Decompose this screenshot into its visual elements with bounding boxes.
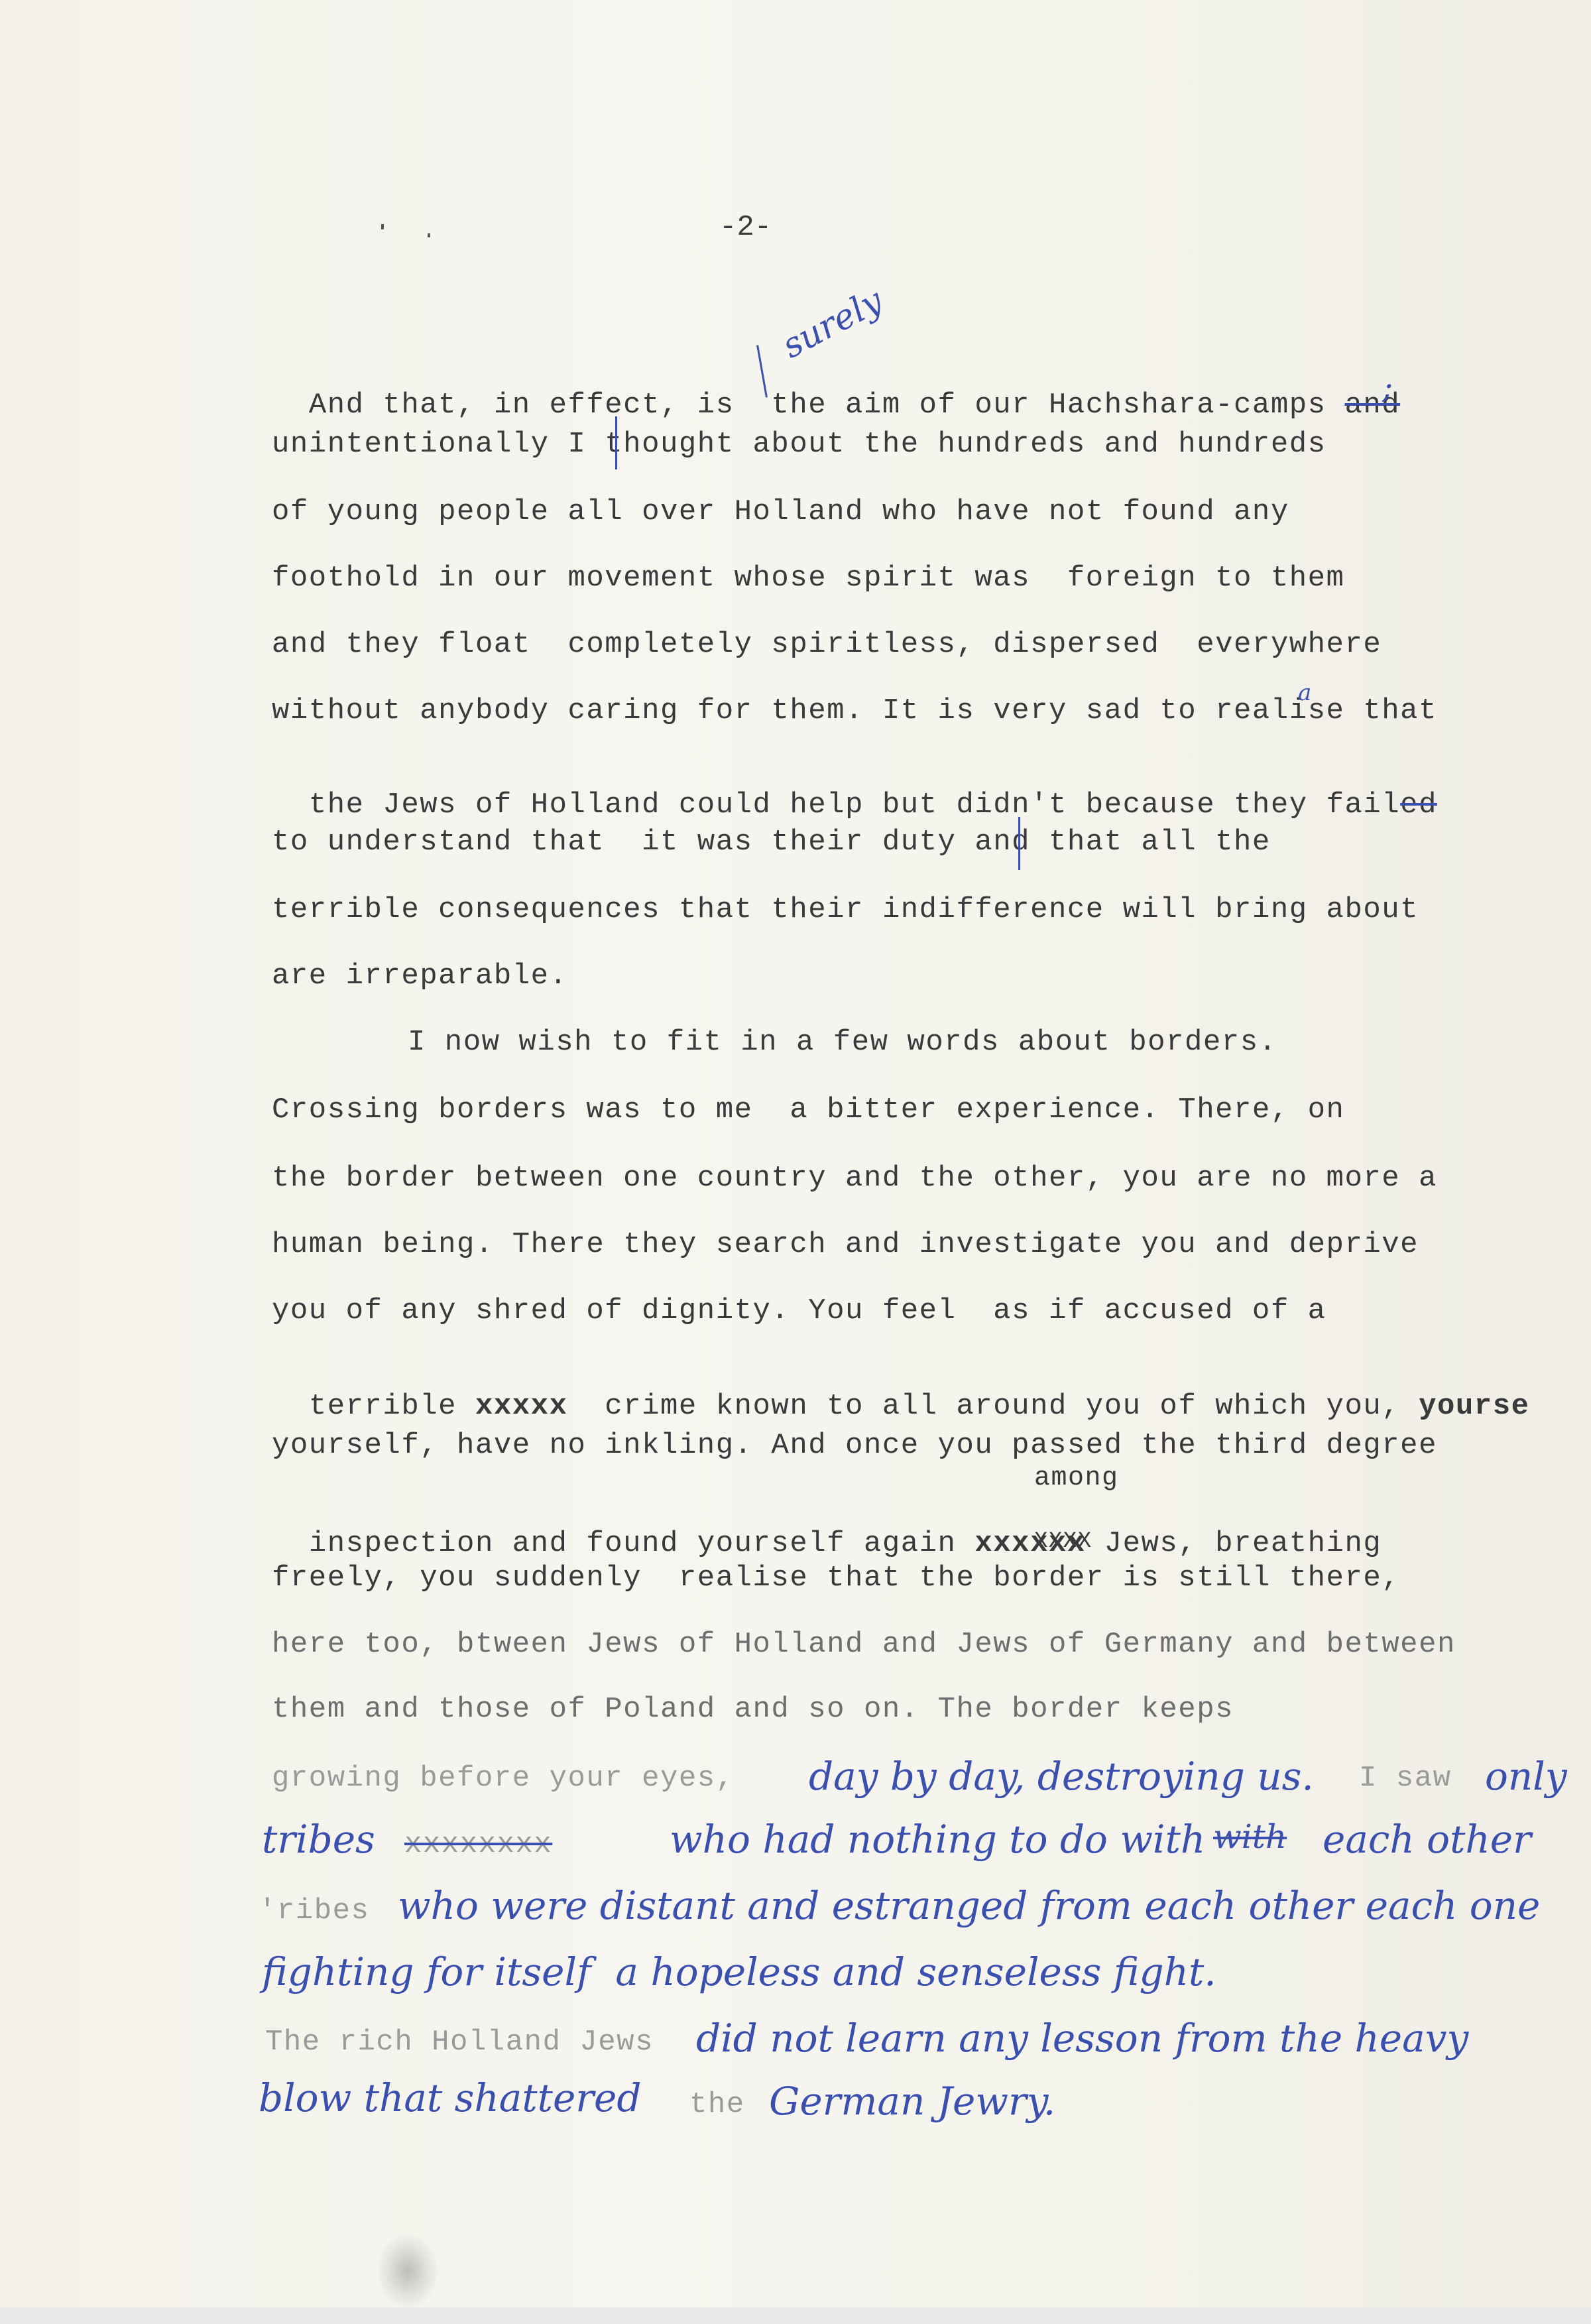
separation-mark [1018,817,1020,870]
typed-line: yourself, have no inkling. And once you … [272,1431,1437,1460]
scan-bottom-edge [0,2307,1591,2324]
typed-line: terrible xxxxx crime known to all around… [272,1363,1530,1421]
struck-suffix: ed [1400,788,1437,822]
typed-line: freely, you suddenly realise that the bo… [272,1563,1400,1593]
typed-line: growing before your eyes, [272,1764,735,1793]
typed-line: the border between one country and the o… [272,1164,1437,1193]
typed-line: here too, btween Jews of Holland and Jew… [272,1630,1456,1659]
struck-typed-word: xxxxxxxx [404,1830,552,1859]
handwritten-text: who had nothing to do with [670,1820,1205,1859]
typed-xxxx-mark: XXXX [1034,1530,1092,1553]
speck-mark [428,233,430,237]
handwritten-text: tribes [262,1820,375,1859]
typed-line: And that, in effect, is the aim of our H… [272,361,1400,420]
handwritten-text: did not learn any lesson from the heavy [696,2019,1468,2057]
typed-line: unintentionally I thought about the hund… [272,430,1326,459]
typed-line: the Jews of Holland could help but didn'… [272,761,1437,820]
typed-line: human being. There they search and inves… [272,1230,1419,1259]
handwritten-text: each other [1323,1820,1531,1859]
typed-text: terrible [309,1390,475,1423]
typed-line: Crossing borders was to me a bitter expe… [272,1095,1344,1125]
typed-text: I saw [1359,1764,1452,1793]
typed-text: Jews, breathing [1086,1527,1382,1560]
handwritten-semicolon: ; [1382,371,1393,403]
typed-line: The rich Holland Jews [265,2028,654,2057]
typed-line: foothold in our movement whose spirit wa… [272,564,1344,593]
typed-line: and they float completely spiritless, di… [272,630,1382,659]
overtyped-word: xxxxx [475,1390,568,1423]
speck-mark [381,224,384,229]
handwritten-correction-a: a [1298,682,1311,704]
typed-line: are irreparable. [272,961,567,991]
handwritten-text: blow that shattered [259,2079,641,2117]
typed-text: the Jews of Holland could help but didn'… [309,788,1400,822]
typed-text: inspection and found yourself again [309,1527,975,1560]
handwritten-text: German Jewry. [769,2082,1055,2120]
separation-mark [615,416,617,469]
typed-line: you of any shred of dignity. You feel as… [272,1296,1326,1325]
overtyped-word: yourse [1419,1390,1529,1423]
page-number: -2- [719,211,772,244]
typed-line: them and those of Poland and so on. The … [272,1695,1234,1724]
typed-text: crime known to all around you of which y… [567,1390,1419,1423]
typed-line: of young people all over Holland who hav… [272,497,1289,526]
typed-text: And that, in effect, is the aim of our H… [309,389,1345,422]
handwritten-text: day by day, destroying us. [809,1757,1314,1796]
typed-insert-among: among [1034,1465,1119,1492]
typed-line: to understand that it was their duty and… [272,827,1271,857]
typed-line: inspection and found yourself again xxxx… [272,1500,1382,1558]
ink-smudge [378,2234,438,2307]
typed-line: 'ribes [259,1896,369,1926]
handwritten-text: only [1485,1757,1567,1796]
handwritten-text: who were distant and estranged from each… [398,1886,1540,1925]
handwritten-text: fighting for itself a hopeless and sense… [262,1953,1216,1991]
typed-line-paragraph-start: I now wish to fit in a few words about b… [408,1028,1277,1057]
typed-line: terrible consequences that their indiffe… [272,895,1419,924]
typed-line: without anybody caring for them. It is v… [272,696,1437,725]
handwritten-struck: with [1213,1820,1287,1853]
typed-text: the [689,2090,745,2119]
